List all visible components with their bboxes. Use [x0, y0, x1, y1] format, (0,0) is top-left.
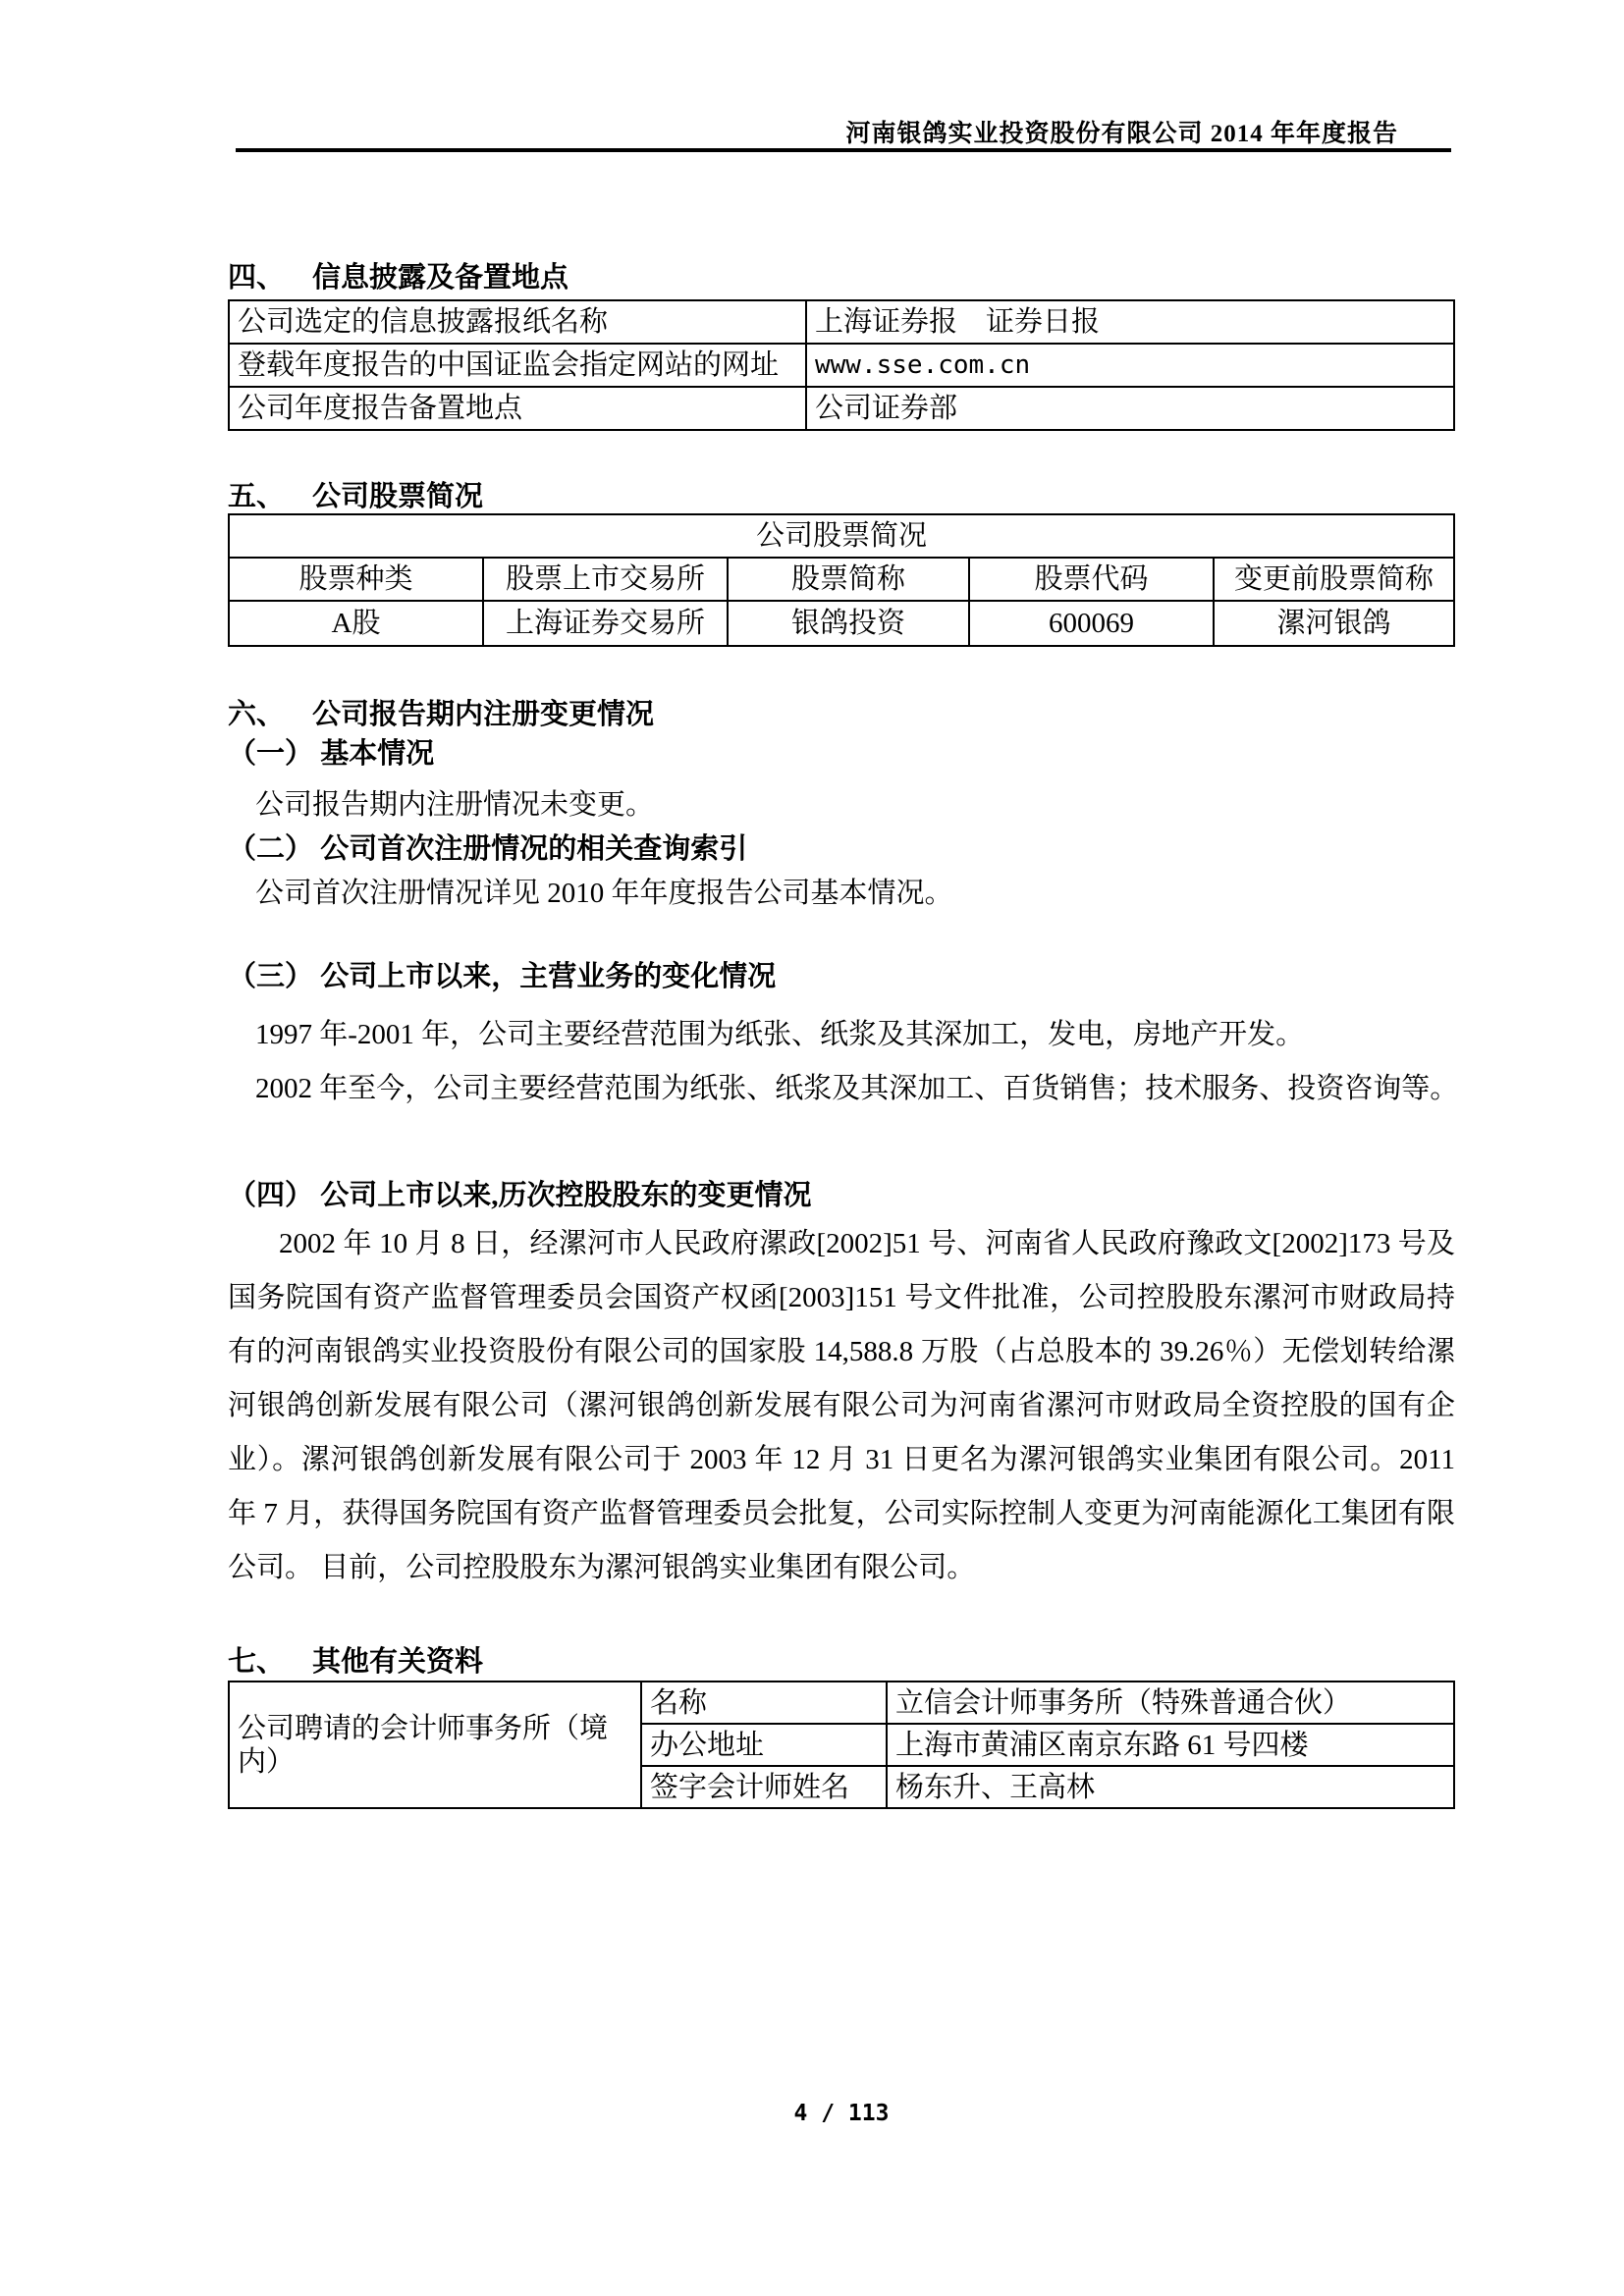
annual-report-page: 河南银鸽实业投资股份有限公司 2014 年年度报告 四、信息披露及备置地点 公司…	[0, 0, 1624, 2296]
table-row: 公司年度报告备置地点 公司证券部	[229, 387, 1454, 430]
disclosure-row-label: 登载年度报告的中国证监会指定网站的网址	[229, 344, 806, 387]
disclosure-row-value: 上海证券报 证券日报	[806, 300, 1454, 344]
disclosure-row-value: www.sse.com.cn	[806, 344, 1454, 387]
disclosure-row-label: 公司选定的信息披露报纸名称	[229, 300, 806, 344]
stock-col-header: 变更前股票简称	[1214, 558, 1454, 601]
stock-cell: 600069	[969, 601, 1214, 646]
stock-col-header: 股票上市交易所	[483, 558, 728, 601]
page-number: 4 / 113	[228, 2101, 1455, 2126]
accountant-row-value: 杨东升、王高林	[887, 1766, 1454, 1808]
table-row: 登载年度报告的中国证监会指定网站的网址 www.sse.com.cn	[229, 344, 1454, 387]
section-stock-number: 五、	[228, 474, 285, 514]
subsection-2-heading: （二） 公司首次注册情况的相关查询索引	[228, 827, 747, 867]
stock-col-header: 股票种类	[229, 558, 483, 601]
section-other-number: 七、	[228, 1639, 285, 1680]
stock-cell: 银鸽投资	[728, 601, 969, 646]
accountant-row-label: 名称	[641, 1682, 887, 1724]
subsection-3-body-line1: 1997 年-2001 年，公司主要经营范围为纸张、纸浆及其深加工，发电，房地产…	[255, 1012, 1304, 1052]
subsection-4-heading: （四） 公司上市以来,历次控股股东的变更情况	[228, 1173, 812, 1213]
section-other-heading: 七、其他有关资料	[228, 1639, 483, 1680]
stock-col-header: 股票简称	[728, 558, 969, 601]
subsection-1-body: 公司报告期内注册情况未变更。	[255, 782, 654, 823]
page-header-title: 河南银鸽实业投资股份有限公司 2014 年年度报告	[228, 114, 1398, 149]
table-row: 公司聘请的会计师事务所（境内） 名称 立信会计师事务所（特殊普通合伙）	[229, 1682, 1454, 1724]
section-stock-heading: 五、公司股票简况	[228, 474, 483, 514]
header-rule	[236, 148, 1451, 152]
table-row: 公司股票简况	[229, 514, 1454, 558]
disclosure-row-label: 公司年度报告备置地点	[229, 387, 806, 430]
stock-col-header: 股票代码	[969, 558, 1214, 601]
table-row: 股票种类 股票上市交易所 股票简称 股票代码 变更前股票简称	[229, 558, 1454, 601]
section-disclosure-heading: 四、信息披露及备置地点	[228, 255, 568, 295]
accountant-row-label: 办公地址	[641, 1724, 887, 1766]
stock-cell: 漯河银鸽	[1214, 601, 1454, 646]
subsection-3-body-line2: 2002 年至今，公司主要经营范围为纸张、纸浆及其深加工、百货销售；技术服务、投…	[255, 1066, 1458, 1106]
subsection-4-paragraph: 2002 年 10 月 8 日，经漯河市人民政府漯政[2002]51 号、河南省…	[228, 1217, 1455, 1595]
stock-table-title: 公司股票简况	[229, 514, 1454, 558]
accountant-table: 公司聘请的会计师事务所（境内） 名称 立信会计师事务所（特殊普通合伙） 办公地址…	[228, 1681, 1455, 1809]
table-row: A股 上海证券交易所 银鸽投资 600069 漯河银鸽	[229, 601, 1454, 646]
section-registration-number: 六、	[228, 692, 285, 732]
accountant-label-cell: 公司聘请的会计师事务所（境内）	[229, 1682, 641, 1808]
section-disclosure-number: 四、	[228, 255, 285, 295]
disclosure-row-value: 公司证券部	[806, 387, 1454, 430]
stock-cell: 上海证券交易所	[483, 601, 728, 646]
accountant-row-label: 签字会计师姓名	[641, 1766, 887, 1808]
accountant-row-value: 上海市黄浦区南京东路 61 号四楼	[887, 1724, 1454, 1766]
stock-table: 公司股票简况 股票种类 股票上市交易所 股票简称 股票代码 变更前股票简称 A股…	[228, 513, 1455, 647]
section-other-title: 其他有关资料	[312, 1646, 483, 1678]
section-disclosure-title: 信息披露及备置地点	[312, 262, 568, 294]
subsection-1-heading: （一） 基本情况	[228, 731, 434, 772]
table-row: 公司选定的信息披露报纸名称 上海证券报 证券日报	[229, 300, 1454, 344]
section-registration-title: 公司报告期内注册变更情况	[312, 699, 654, 730]
disclosure-table: 公司选定的信息披露报纸名称 上海证券报 证券日报 登载年度报告的中国证监会指定网…	[228, 299, 1455, 431]
section-stock-title: 公司股票简况	[312, 481, 483, 512]
section-registration-heading: 六、公司报告期内注册变更情况	[228, 692, 654, 732]
subsection-3-heading: （三） 公司上市以来，主营业务的变化情况	[228, 954, 776, 994]
accountant-row-value: 立信会计师事务所（特殊普通合伙）	[887, 1682, 1454, 1724]
subsection-2-body: 公司首次注册情况详见 2010 年年度报告公司基本情况。	[255, 871, 953, 911]
stock-cell: A股	[229, 601, 483, 646]
